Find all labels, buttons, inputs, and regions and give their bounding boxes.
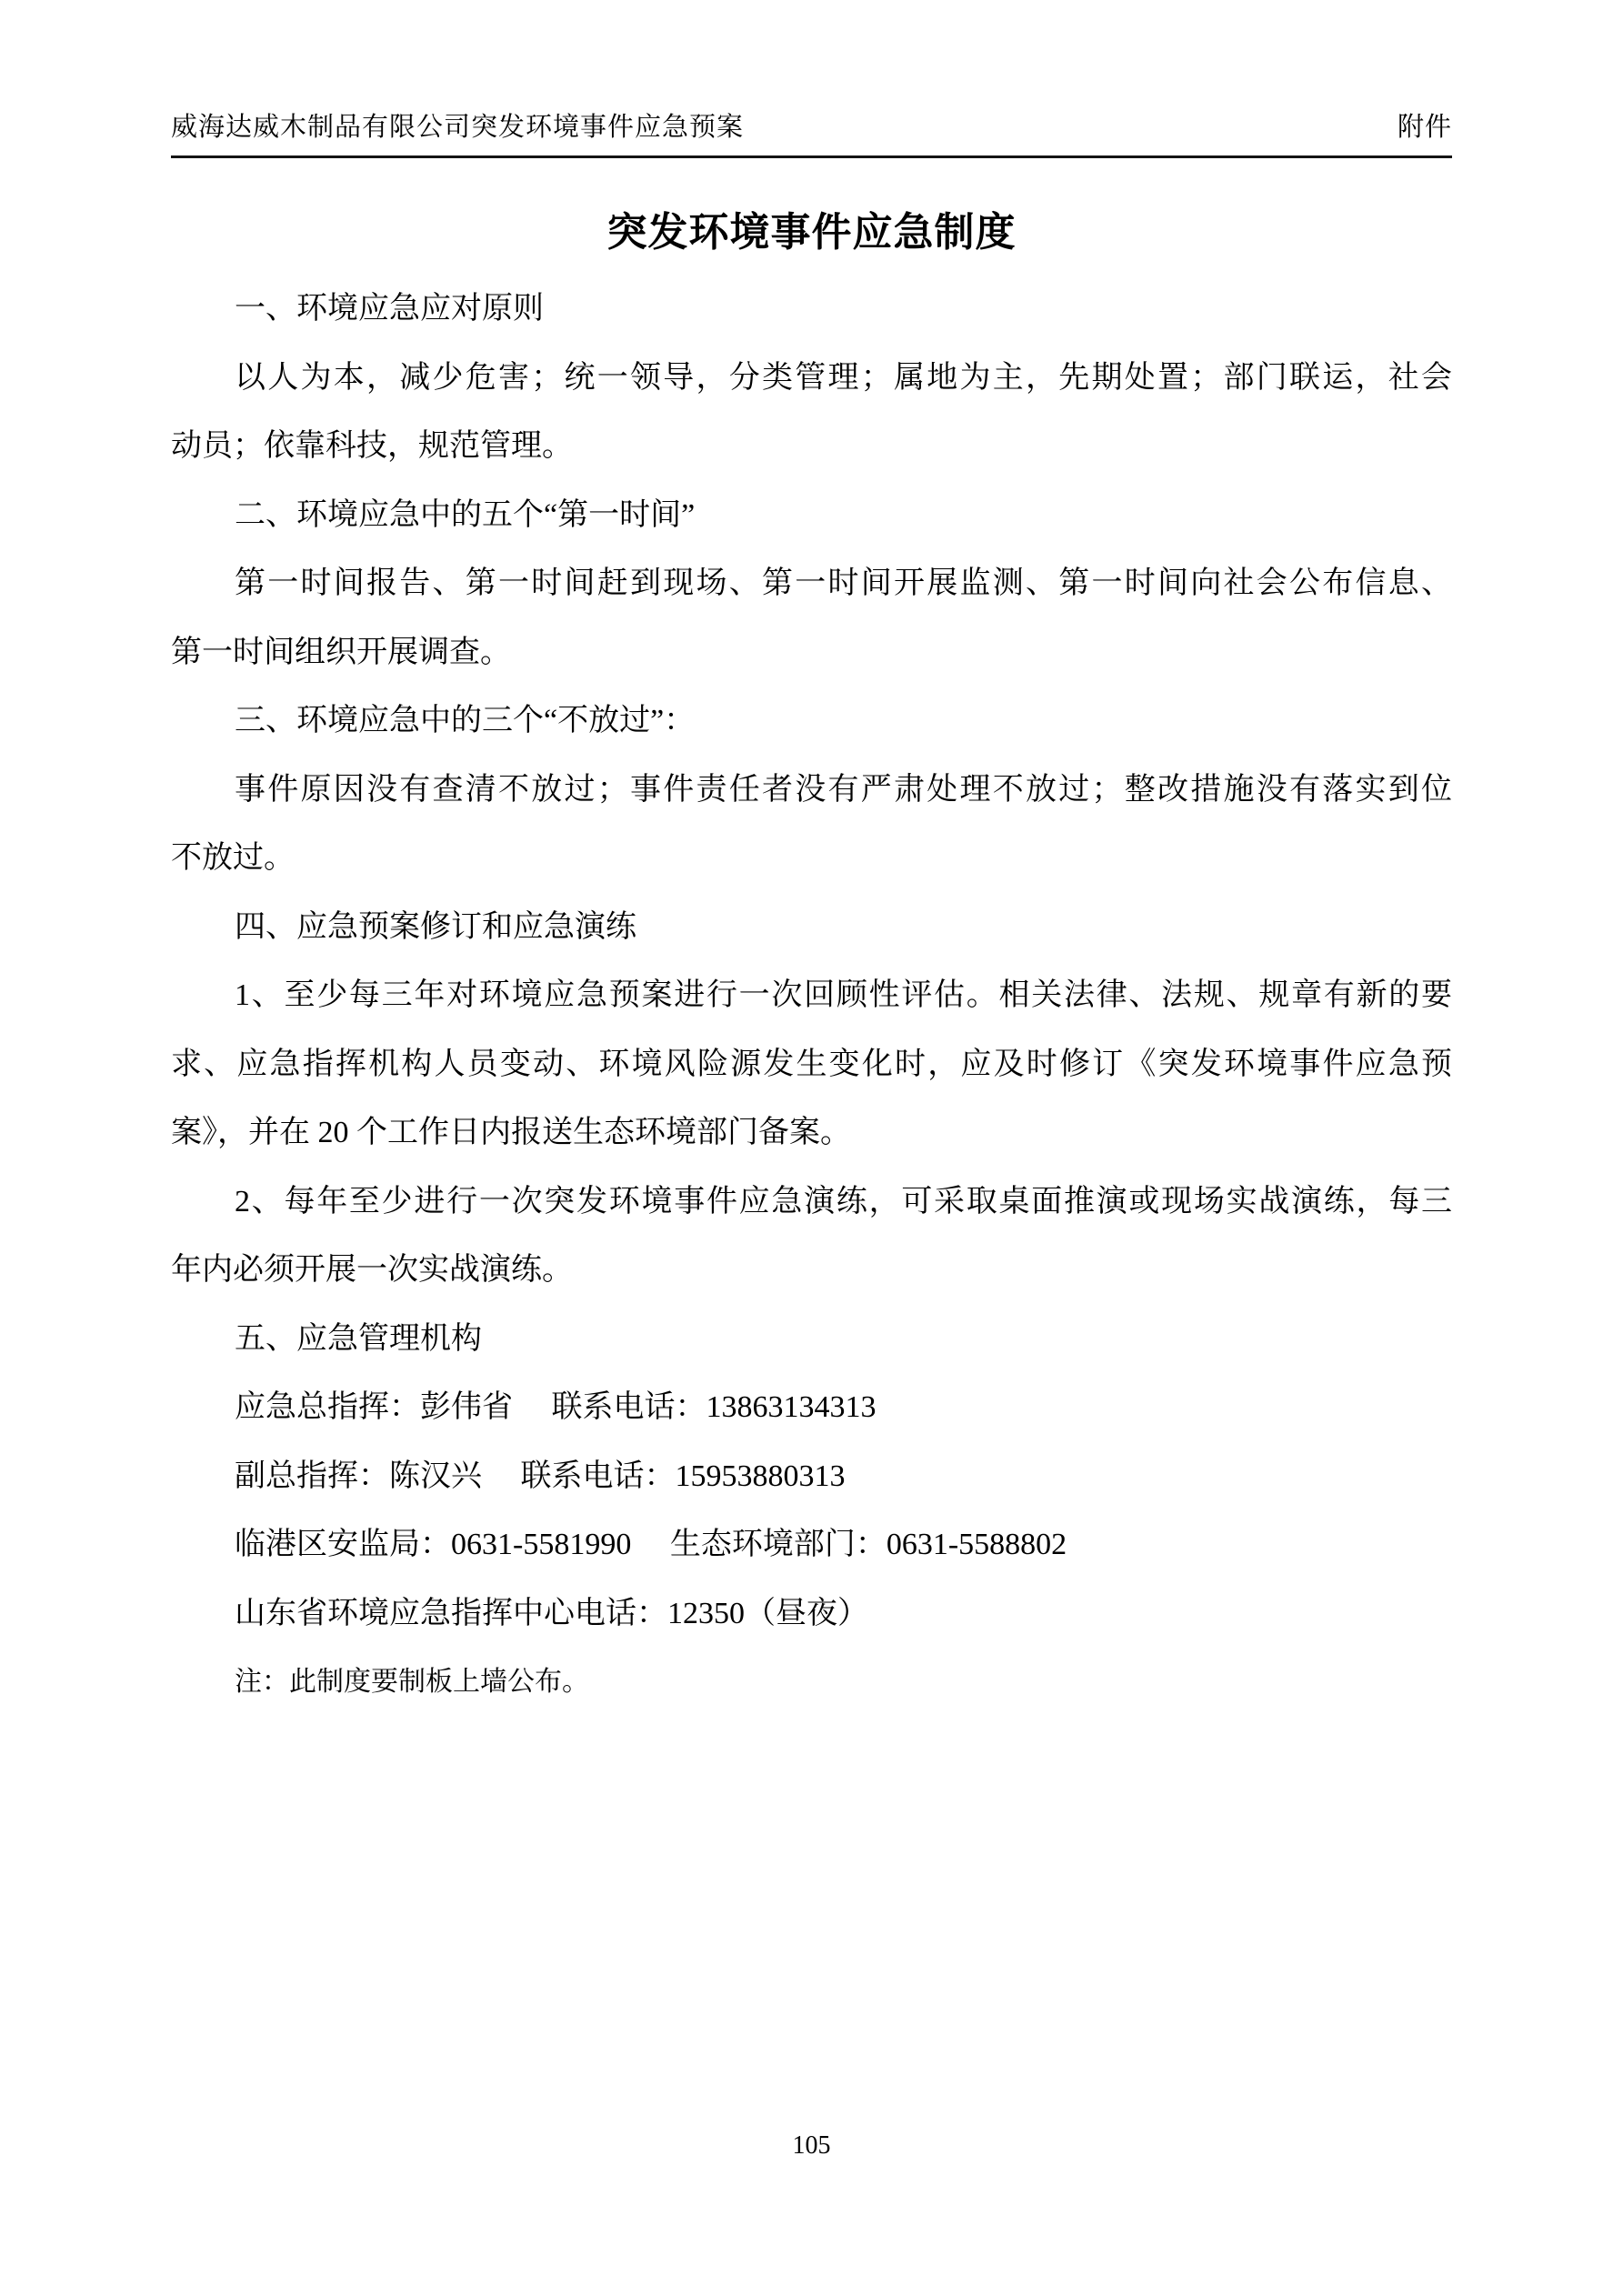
body-line: 第一时间报告、第一时间赶到现场、第一时间开展监测、第一时间向社会公布信息、 xyxy=(171,549,1452,618)
body-line: 以人为本，减少危害；统一领导，分类管理；属地为主，先期处置；部门联运，社会 xyxy=(171,344,1452,413)
page-header: 威海达威木制品有限公司突发环境事件应急预案 附件 xyxy=(171,111,1452,158)
body-line: 1、至少每三年对环境应急预案进行一次回顾性评估。相关法律、法规、规章有新的要 xyxy=(171,961,1452,1030)
body-line: 动员；依靠科技，规范管理。 xyxy=(171,412,1452,481)
header-right-text: 附件 xyxy=(1398,111,1452,144)
body-line: 不放过。 xyxy=(171,824,1452,893)
document-title: 突发环境事件应急制度 xyxy=(0,209,1623,256)
header-left-text: 威海达威木制品有限公司突发环境事件应急预案 xyxy=(171,111,744,144)
body-line: 第一时间组织开展调查。 xyxy=(171,618,1452,687)
body-line: 事件原因没有查清不放过；事件责任者没有严肃处理不放过；整改措施没有落实到位 xyxy=(171,756,1452,825)
body-line: 山东省环境应急指挥中心电话：12350（昼夜） xyxy=(171,1579,1452,1649)
document-page: 威海达威木制品有限公司突发环境事件应急预案 附件 突发环境事件应急制度 一、环境… xyxy=(0,0,1623,2296)
body-line: 一、环境应急应对原则 xyxy=(171,275,1452,344)
body-line: 临港区安监局：0631-5581990 生态环境部门：0631-5588802 xyxy=(171,1510,1452,1579)
body-line: 二、环境应急中的五个“第一时间” xyxy=(171,481,1452,550)
document-body: 一、环境应急应对原则 以人为本，减少危害；统一领导，分类管理；属地为主，先期处置… xyxy=(171,275,1452,1717)
body-line: 四、应急预案修订和应急演练 xyxy=(171,893,1452,962)
body-line: 年内必须开展一次实战演练。 xyxy=(171,1236,1452,1305)
body-note-line: 注：此制度要制板上墙公布。 xyxy=(171,1648,1452,1717)
page-number: 105 xyxy=(0,2128,1623,2164)
body-line: 副总指挥：陈汉兴 联系电话：15953880313 xyxy=(171,1442,1452,1511)
body-line: 求、应急指挥机构人员变动、环境风险源发生变化时，应及时修订《突发环境事件应急预 xyxy=(171,1030,1452,1099)
body-line: 三、环境应急中的三个“不放过”： xyxy=(171,687,1452,756)
body-line: 五、应急管理机构 xyxy=(171,1305,1452,1374)
body-line: 案》，并在 20 个工作日内报送生态环境部门备案。 xyxy=(171,1098,1452,1168)
body-line: 应急总指挥：彭伟省 联系电话：13863134313 xyxy=(171,1373,1452,1442)
body-line: 2、每年至少进行一次突发环境事件应急演练，可采取桌面推演或现场实战演练，每三 xyxy=(171,1168,1452,1237)
